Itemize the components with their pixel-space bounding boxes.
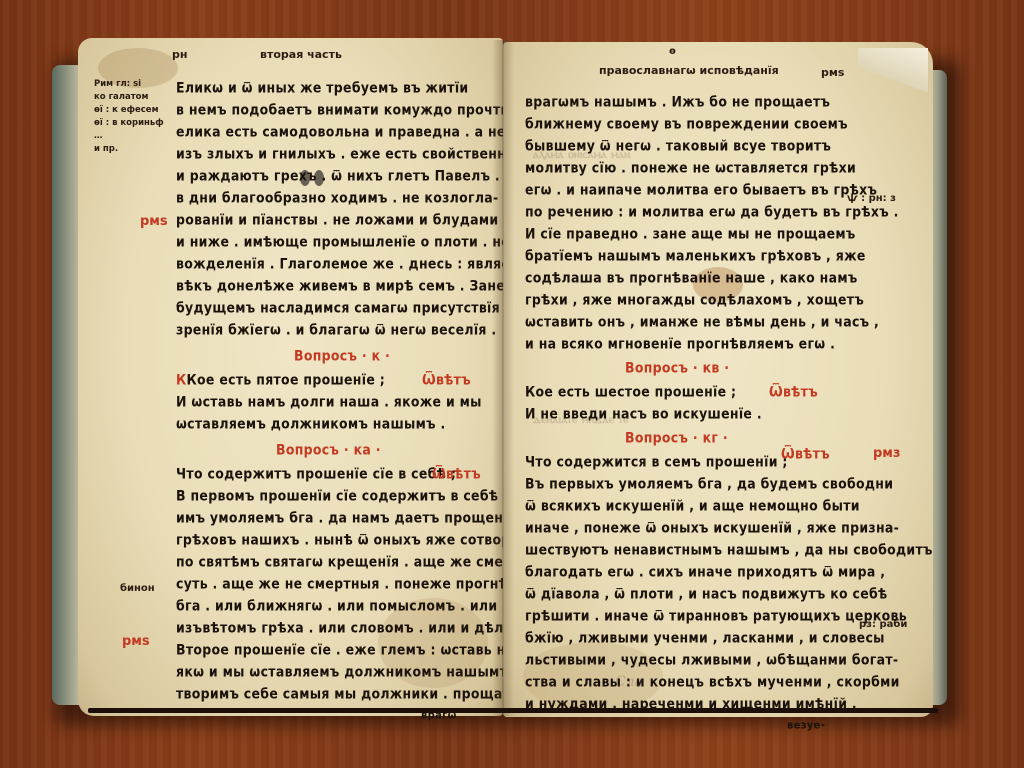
answer-label: Ѿвѣтъ xyxy=(781,445,830,462)
text-line: благодать егѡ . сихъ иначе приходятъ ѿ м… xyxy=(525,563,885,580)
text-line: ѡставляемъ должникомъ нашымъ . xyxy=(176,415,446,432)
margin-note: и пр. xyxy=(94,143,164,156)
book-gutter xyxy=(492,40,514,716)
left-folio: рн xyxy=(172,48,187,61)
question-number: кв xyxy=(703,359,720,376)
text-line: и ниже . имѣюще промышленїе о плоти . не… xyxy=(176,233,532,250)
book-bottom-edge xyxy=(88,708,938,713)
text-line: Въ первыхъ умоляемъ бга , да будемъ своб… xyxy=(525,475,893,492)
question-heading: Вопросъ · ка · xyxy=(276,441,381,458)
text-line: И не введи насъ во искушенїе . xyxy=(525,405,762,422)
text-line: ѡставить онъ , иманже не вѣмы день , и ч… xyxy=(525,313,879,330)
text-line: Еликѡ и ѿ иных же требуемъ въ житїи xyxy=(176,79,469,96)
right-page: ѳ православнагѡ исповѣданїя рмѕ ѱ : рн: … xyxy=(503,42,933,717)
text-line: шествуютъ ненавистнымъ нашымъ , да ны св… xyxy=(525,541,933,558)
text-line: ства и славы : и конецъ всѣхъ мученми , … xyxy=(525,673,900,690)
left-margin-folio-top: рмѕ xyxy=(140,214,168,229)
text-line: ККое есть пятое прошенїе ; xyxy=(176,371,385,388)
catchword: везуе- xyxy=(787,719,825,731)
left-running-head: вторая часть xyxy=(260,48,342,61)
text-line: льстивыми , чудесы лживыми , ѡбѣщанми бо… xyxy=(525,651,898,668)
text-line: в немъ подобаетъ внимати комуждо прочтит… xyxy=(176,101,526,118)
right-folio: рмѕ xyxy=(821,66,844,79)
text-line: иначе , понеже ѿ оныхъ искушенїй , яже п… xyxy=(525,519,899,536)
question-text: Кое есть пятое прошенїе ; xyxy=(187,371,386,388)
text-line: и на всяко мгновенїе прогнѣвляемъ егѡ . xyxy=(525,335,835,352)
text-line: ѿ всякихъ искушенїй , и аще немощно быти xyxy=(525,497,860,514)
text-line: врагѡмъ нашымъ . Ижъ бо не прощаетъ xyxy=(525,93,830,110)
text-line: зренїя бжїегѡ . и благагѡ ѿ негѡ веселїя… xyxy=(176,321,496,338)
text-line: Второе прошенїе сїе . еже глемъ : ѡставь… xyxy=(176,641,544,658)
folded-corner xyxy=(858,48,928,96)
margin-note: … xyxy=(94,130,164,143)
text-line: егѡ . и наипаче молитва его бываетъ въ г… xyxy=(525,181,877,198)
pencil-mark: Сла xyxy=(615,674,643,690)
answer-label: Ѿвѣтъ xyxy=(422,371,471,388)
question-heading: Вопросъ · кв · xyxy=(625,359,729,376)
question-label: Вопросъ xyxy=(294,347,357,364)
question-heading: Вопросъ · к · xyxy=(294,347,390,364)
margin-note: Рим гл: ѕі xyxy=(94,78,164,91)
text-line: рованїи и пїанствы . не ложами и блудами… xyxy=(176,211,508,228)
text-line: в дни благообразно ходимъ . не козлогла- xyxy=(176,189,499,206)
question-heading: Вопросъ · кг · xyxy=(625,429,728,446)
text-line: И сїе праведно . зане аще мы не прощаемъ xyxy=(525,225,856,242)
answer-label: Ѿвѣтъ xyxy=(432,465,481,482)
text-line: братїемъ нашымъ маленькихъ грѣховъ , яже xyxy=(525,247,866,264)
answer-label: Ѿвѣтъ xyxy=(769,383,818,400)
left-margin-folio-bottom: рмѕ xyxy=(122,634,150,649)
left-margin-word: бинон xyxy=(120,582,155,595)
text-line: молитву сїю . понеже не ѡставляется грѣх… xyxy=(525,159,856,176)
text-line: Кое есть шестое прошенїе ; xyxy=(525,383,736,400)
text-line: грѣшити . иначе ѿ тиранновъ ратующихъ це… xyxy=(525,607,907,624)
margin-note: ѳї : к ефесем xyxy=(94,104,164,117)
question-label: Вопросъ xyxy=(276,441,339,458)
text-line: по речению : и молитва егѡ да будетъ въ … xyxy=(525,203,899,220)
right-margin-folio: рмз xyxy=(873,446,901,461)
text-line: бывшему ѿ негѡ . таковый всуе творитъ xyxy=(525,137,831,154)
text-line: И ѡставь намъ долги наша . якоже и мы xyxy=(176,393,482,410)
text-line: бга . или ближнягѡ . или помысломъ . или xyxy=(176,597,497,614)
margin-note: ѳї : в кориньф xyxy=(94,117,164,130)
text-line: ѿ дїавола , ѿ плоти , и насъ подвижутъ к… xyxy=(525,585,888,602)
left-margin-notes: Рим гл: ѕі ко галатом ѳї : к ефесем ѳї :… xyxy=(94,78,164,156)
text-line: содѣлаша въ прогнѣванїе наше , како намъ xyxy=(525,269,858,286)
initial-letter: К xyxy=(176,371,187,388)
margin-note: ко галатом xyxy=(94,91,164,104)
question-label: Вопросъ xyxy=(625,359,688,376)
question-number: к xyxy=(372,347,381,364)
right-running-head: православнагѡ исповѣданїя xyxy=(599,64,779,77)
text-line: Что содержитъ прошенїе сїе в себѣ ; xyxy=(176,465,456,482)
text-line: грѣхи , яже многажды содѣлахомъ , хощетъ xyxy=(525,291,864,308)
left-page: рн вторая часть Рим гл: ѕі ко галатом ѳї… xyxy=(78,38,503,716)
question-number: кг xyxy=(703,429,719,446)
text-line: изъвѣтомъ грѣха . или словомъ . или и дѣ… xyxy=(176,619,542,636)
text-line: елика есть самодовольна и праведна . а н… xyxy=(176,123,540,140)
text-line: Что содержится в семъ прошенїи ; xyxy=(525,453,788,470)
text-line: имъ умоляемъ бга . да намъ даетъ прощенї… xyxy=(176,509,517,526)
question-label: Вопросъ xyxy=(625,429,688,446)
text-line: якѡ и мы ѡставляемъ должникомъ нашымъ . xyxy=(176,663,519,680)
top-mark: ѳ xyxy=(669,46,676,57)
text-line: бжїю , лживыми ученми , ласканми , и сло… xyxy=(525,629,885,646)
text-line: творимъ себе самыя мы должники . прощати xyxy=(176,685,519,702)
text-line: будущемъ насладимся самагѡ присутствїя и… xyxy=(176,299,541,316)
question-number: ка xyxy=(354,441,372,458)
text-line: ближнему своему въ повреждении своемъ xyxy=(525,115,848,132)
